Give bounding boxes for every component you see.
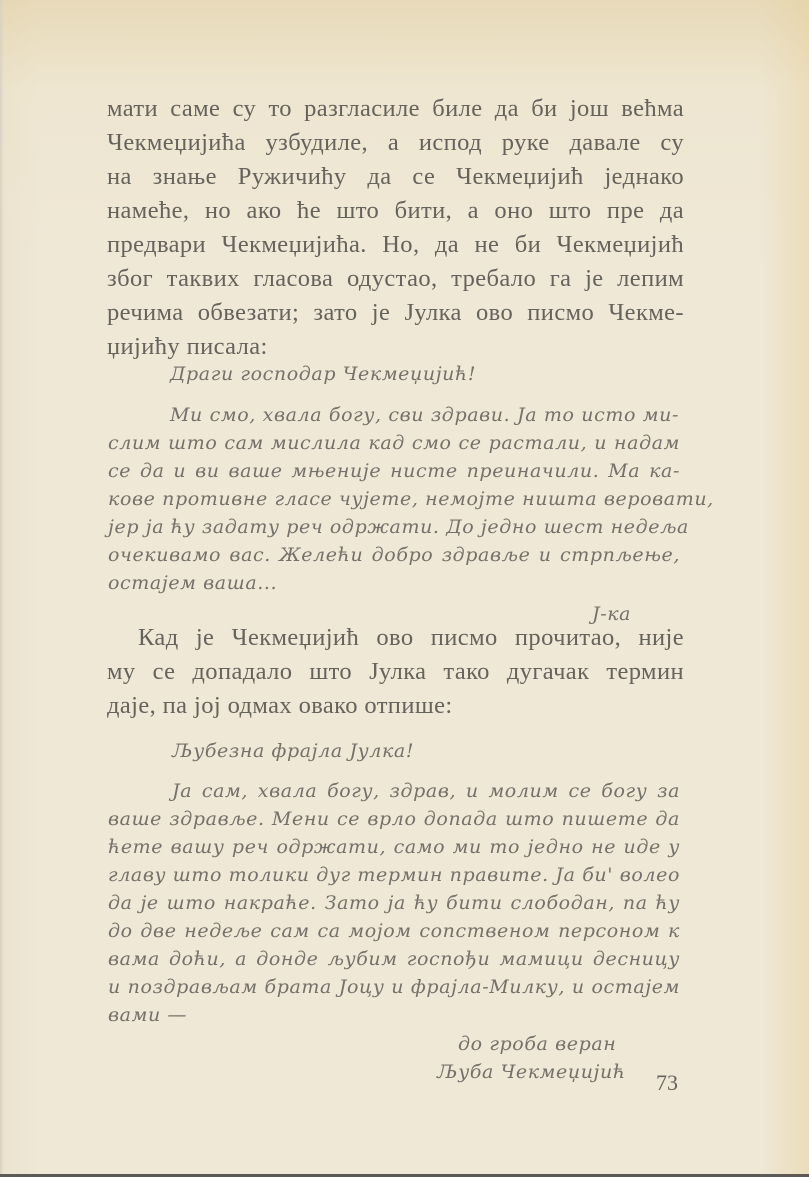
text-line: слим што сам мислила кад смо се растали,…: [108, 432, 680, 454]
text-line: предвари Чекмеџијића. Но, да не би Чекме…: [107, 231, 684, 259]
text-line: остајем ваша...: [108, 572, 277, 594]
page-number: 73: [656, 1070, 678, 1096]
book-page: мати саме су то разгласиле биле да би јо…: [0, 0, 809, 1177]
text-line: намеће, но ако ће што бити, а оно што пр…: [107, 197, 684, 225]
letter-signature: Ј-ка: [592, 603, 631, 625]
text-line: вама доћи, а донде љубим госпођи мамици …: [108, 948, 680, 970]
letter-salutation: Драги господар Чекмеџијић!: [170, 363, 476, 385]
text-line: да је што накраће. Зато ја ћу бити слобо…: [108, 892, 680, 914]
text-line: кове противне гласе чујете, немојте ништ…: [108, 488, 680, 510]
text-line: због таквих гласова одустао, требало га …: [107, 265, 684, 293]
text-line: Ми смо, хвала богу, сви здрави. Ја то ис…: [170, 404, 679, 426]
text-line: очекивамо вас. Желећи добро здравље и ст…: [108, 544, 680, 566]
text-line: вами —: [108, 1004, 187, 1026]
text-line: се да и ви ваше мњеније нисте преиначили…: [108, 460, 680, 482]
text-line: мати саме су то разгласиле биле да би јо…: [107, 95, 684, 123]
text-line: даје, па јој одмах овако отпише:: [107, 692, 453, 720]
text-line: Чекмеџијића узбудиле, а испод руке давал…: [107, 129, 684, 157]
text-line: ћете вашу реч одржати, само ми то једно …: [108, 836, 680, 858]
text-line: на знање Ружичићу да се Чекмеџијић једна…: [107, 163, 684, 191]
text-line: Ја сам, хвала богу, здрав, и молим се бо…: [172, 780, 680, 802]
text-line: џијићу писала:: [107, 333, 268, 361]
text-line: јер ја ћу задату реч одржати. До једно ш…: [108, 516, 680, 538]
letter-salutation: Љубезна фрајла Јулка!: [172, 740, 414, 762]
text-line: речима обвезати; зато је Јулка ово писмо…: [107, 299, 684, 327]
text-line: главу што толики дуг термин правите. Ја …: [108, 864, 680, 886]
text-line: ваше здравље. Мени се врло допада што пи…: [108, 808, 680, 830]
text-line: до две недеље сам са мојом сопственом пе…: [108, 920, 680, 942]
text-line: му се допадало што Јулка тако дугачак те…: [107, 658, 684, 686]
letter-closing: до гроба веран: [458, 1033, 616, 1055]
text-line: и поздрављам брата Јоцу и фрајла-Милку, …: [108, 976, 680, 998]
page-edge-left: [0, 0, 4, 1177]
letter-signature: Љуба Чекмеџијић: [437, 1061, 626, 1083]
text-line: Кад је Чекмеџијић ово писмо прочитао, ни…: [138, 624, 684, 652]
